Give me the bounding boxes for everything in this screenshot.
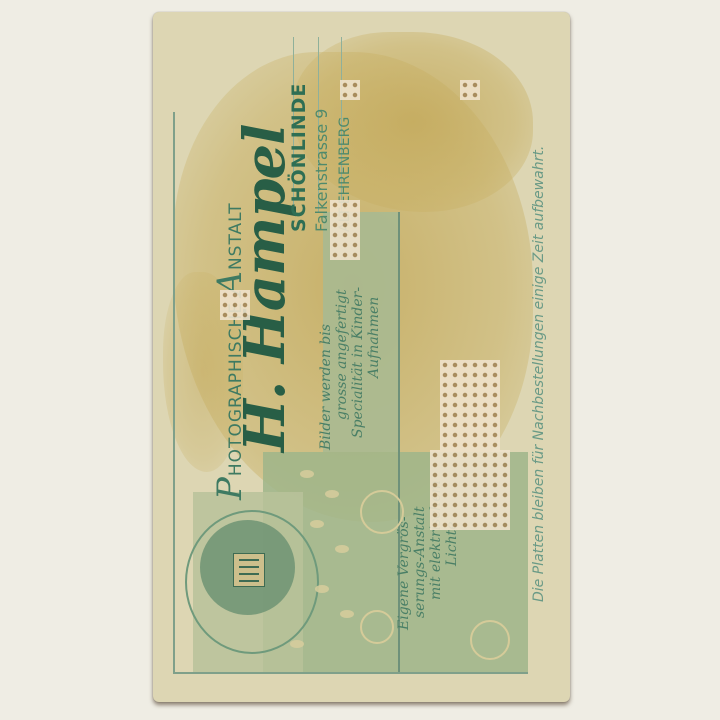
advert2-line: serungs-Anstalt — [412, 507, 428, 618]
advert2-line: Eigene Vergrös- — [396, 517, 412, 631]
paper-damage — [440, 360, 500, 450]
scroll-ornament — [360, 610, 394, 644]
leaf-ornament — [340, 610, 354, 618]
advert-line: Specialität in Kinder- — [350, 287, 366, 438]
street-address: Falkenstrasse 9 — [312, 109, 331, 232]
city-name: SCHÖNLINDE — [288, 83, 310, 232]
advert-line: Bilder werden bis — [318, 324, 334, 450]
paper-damage — [460, 80, 480, 100]
leaf-ornament — [335, 545, 349, 553]
studio-type-initial: P — [210, 476, 250, 500]
paper-damage — [430, 450, 510, 530]
paper-damage — [340, 80, 360, 100]
wreath-ornament — [185, 510, 319, 654]
scroll-ornament — [470, 620, 510, 660]
leaf-ornament — [300, 470, 314, 478]
paper-damage — [330, 200, 360, 260]
leaf-ornament — [290, 640, 304, 648]
frame-line — [173, 672, 528, 674]
paper-damage — [220, 290, 250, 320]
leaf-ornament — [325, 490, 339, 498]
frame-line — [173, 112, 175, 674]
leaf-ornament — [315, 585, 329, 593]
scroll-ornament — [360, 490, 404, 534]
advert-line: Aufnahmen — [366, 297, 382, 378]
storage-note: Die Platten bleiben für Nachbestellungen… — [531, 146, 547, 602]
leaf-ornament — [310, 520, 324, 528]
advert-line: grosse angefertigt — [334, 289, 350, 420]
